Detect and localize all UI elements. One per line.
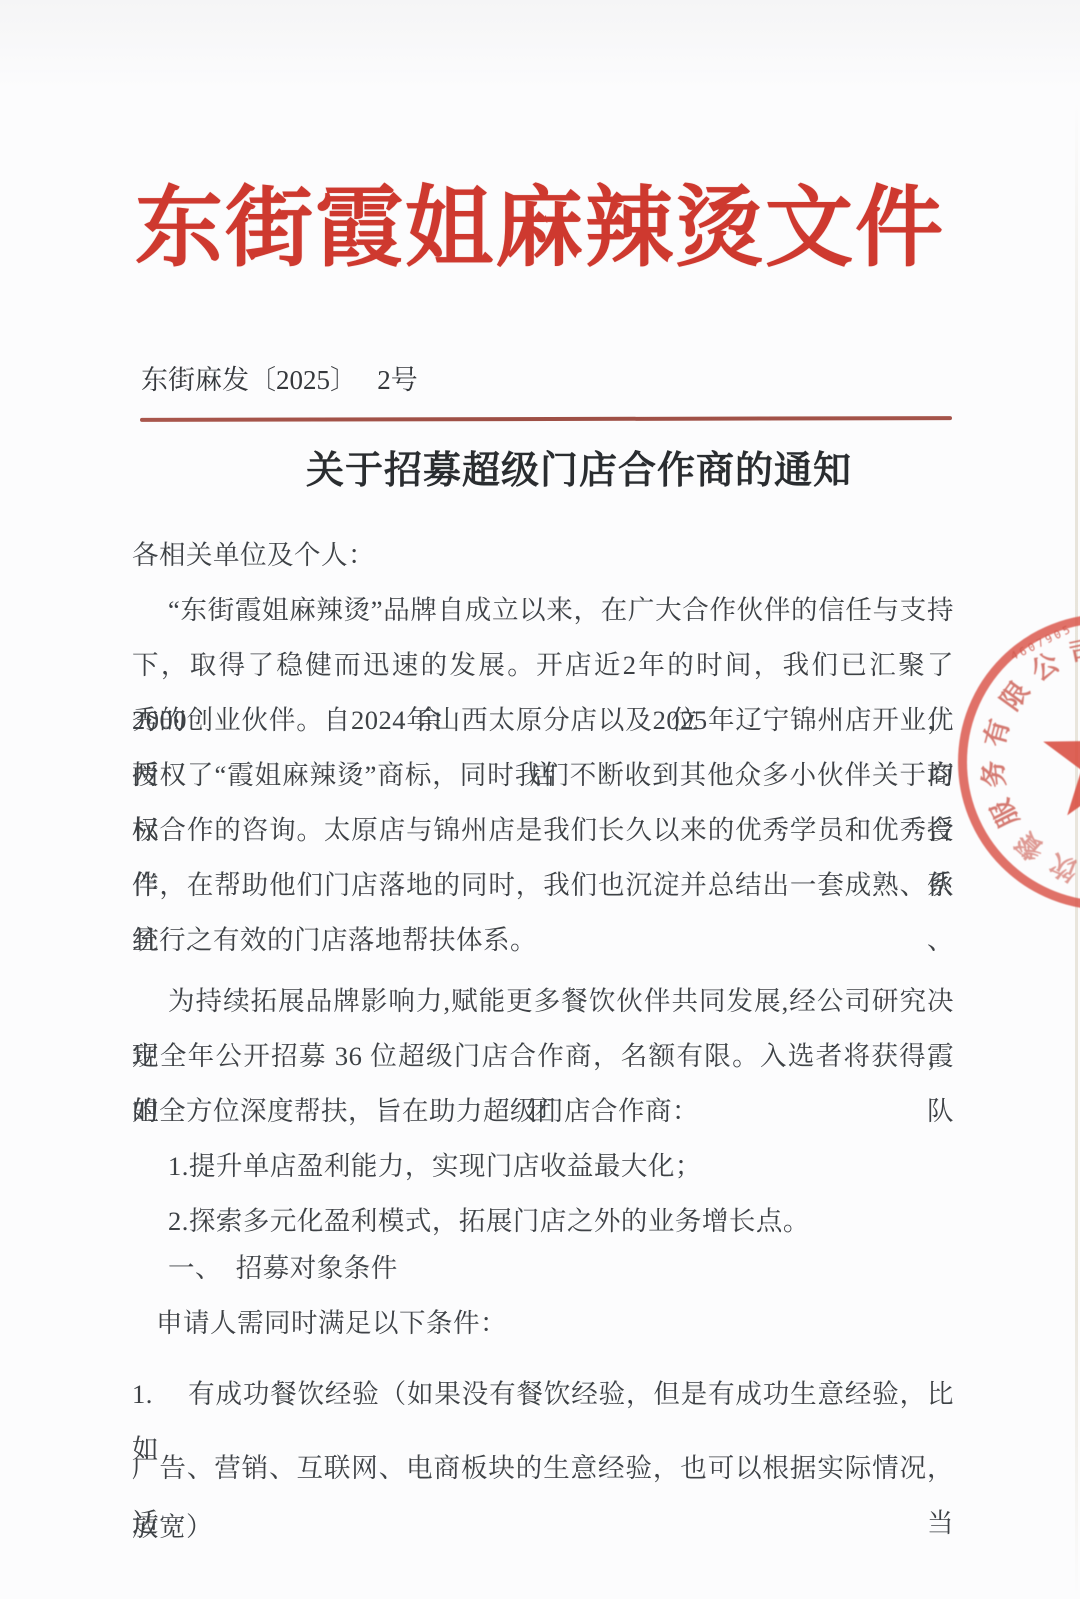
letterhead-title: 东街霞姐麻辣烫文件 <box>0 168 1080 292</box>
body-line: 1. 有成功餐饮经验（如果没有餐饮经验，但是有成功生意经验，比如 <box>132 1367 954 1422</box>
body-line: 各相关单位及个人： <box>132 528 954 583</box>
body-line: 授权了“霞姐麻辣烫”商标，同时我们不断收到其他众多小伙伴关于商标授 <box>132 748 954 803</box>
body-line: 秀的创业伙伴。自2024年山西太原分店以及2025年辽宁锦州店开业，两店均 <box>132 693 954 748</box>
body-line: 权合作的咨询。太原店与锦州店是我们长久以来的优秀学员和优秀合作伙 <box>132 803 954 858</box>
document-body: 各相关单位及个人： “东街霞姐麻辣烫”品牌自成立以来，在广大合作伙伴的信任与支持… <box>132 528 954 1555</box>
notice-title: 关于招募超级门店合作商的通知 <box>140 443 952 499</box>
body-line: 现全年公开招募 36 位超级门店合作商，名额有限。入选者将获得霞姐团队 <box>132 1029 954 1084</box>
body-line: 广告、营销、互联网、电商板块的生意经验，也可以根据实际情况，适当 <box>132 1441 954 1496</box>
body-line: 下，取得了稳健而迅速的发展。开店近2年的时间，我们已汇聚了2000余位优 <box>132 638 954 693</box>
company-seal: 4607905 司 公 限 有 务 服 餐 饮 <box>956 612 1080 912</box>
body-line: 申请人需同时满足以下条件： <box>132 1296 954 1351</box>
red-separator-rule <box>140 416 952 422</box>
body-line: 为持续拓展品牌影响力,赋能更多餐饮伙伴共同发展,经公司研究决定， <box>132 974 954 1029</box>
document-page: 东街霞姐麻辣烫文件 东街麻发〔2025〕 2号 关于招募超级门店合作商的通知 各… <box>0 0 1080 1599</box>
body-line: 1.提升单店盈利能力，实现门店收益最大化； <box>132 1139 954 1194</box>
section-heading: 一、 招募对象条件 <box>132 1241 954 1296</box>
doc-number: 东街麻发〔2025〕 2号 <box>141 362 418 398</box>
seal-arc-char: 务 <box>979 759 1010 790</box>
body-line: 伴，在帮助他们门店落地的同时，我们也沉淀并总结出一套成熟、系统、 <box>132 858 954 913</box>
scan-top-shadow <box>0 0 1080 90</box>
body-line: “东街霞姐麻辣烫”品牌自成立以来，在广大合作伙伴的信任与支持 <box>132 583 954 638</box>
